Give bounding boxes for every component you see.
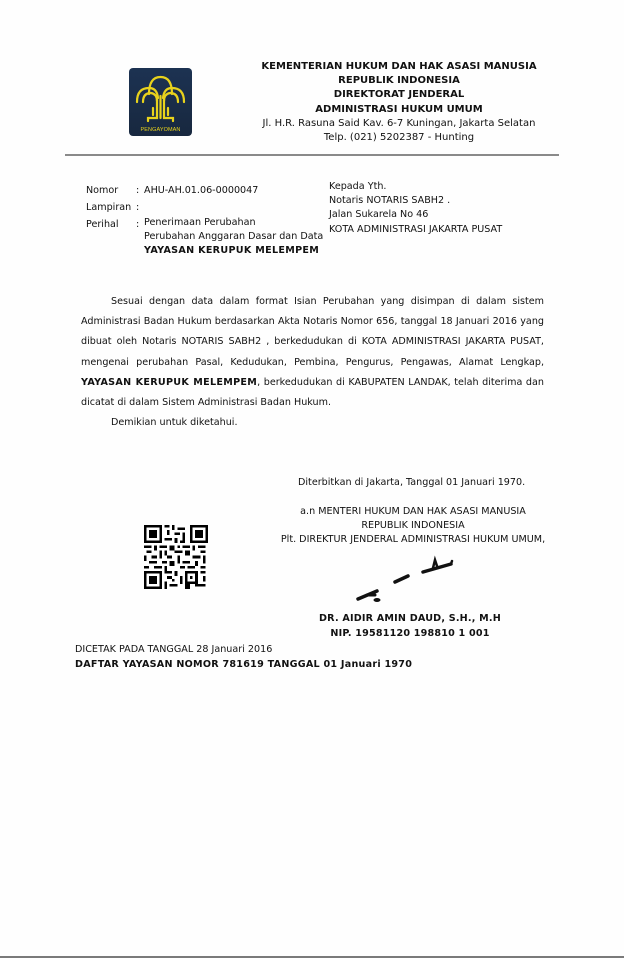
- print-info: DICETAK PADA TANGGAL 28 Januari 2016 DAF…: [75, 642, 412, 672]
- signer-name: DR. AIDIR AMIN DAUD, S.H., M.H: [300, 611, 520, 626]
- letter-body: Sesuai dengan data dalam format Isian Pe…: [81, 292, 544, 433]
- letter-meta: Nomor : AHU-AH.01.06-0000047 Lampiran : …: [86, 182, 323, 258]
- signer-title-line: REPUBLIK INDONESIA: [270, 519, 556, 533]
- lampiran-row: Lampiran :: [86, 199, 323, 216]
- qr-code-icon: [144, 525, 208, 589]
- perihal-row: Perihal : Penerimaan Perubahan Perubahan…: [86, 216, 323, 258]
- separator: :: [136, 182, 144, 199]
- signer-title-line: a.n MENTERI HUKUM DAN HAK ASASI MANUSIA: [270, 505, 556, 519]
- perihal-label: Perihal: [86, 216, 136, 258]
- addressee: Kepada Yth. Notaris NOTARIS SABH2 . Jala…: [329, 180, 502, 237]
- addressee-city: KOTA ADMINISTRASI JAKARTA PUSAT: [329, 223, 502, 237]
- body-text-part: Sesuai dengan data dalam format Isian Pe…: [81, 296, 544, 368]
- addressee-notary: Notaris NOTARIS SABH2 .: [329, 194, 502, 208]
- separator: :: [136, 216, 144, 258]
- closing-paragraph: Demikian untuk diketahui.: [81, 413, 544, 433]
- logo-caption: PENGAYOMAN: [129, 127, 192, 133]
- nomor-row: Nomor : AHU-AH.01.06-0000047: [86, 182, 323, 199]
- addressee-street: Jalan Sukarela No 46: [329, 208, 502, 222]
- issued-statement: Diterbitkan di Jakarta, Tanggal 01 Janua…: [298, 477, 525, 488]
- body-paragraph: Sesuai dengan data dalam format Isian Pe…: [81, 292, 544, 413]
- printed-date: DICETAK PADA TANGGAL 28 Januari 2016: [75, 642, 412, 657]
- separator: :: [136, 199, 144, 216]
- ministry-name: KEMENTERIAN HUKUM DAN HAK ASASI MANUSIA: [260, 60, 538, 74]
- foundation-name: YAYASAN KERUPUK MELEMPEM: [81, 377, 257, 388]
- signer-title: a.n MENTERI HUKUM DAN HAK ASASI MANUSIA …: [270, 505, 556, 547]
- registry-number: DAFTAR YAYASAN NOMOR 781619 TANGGAL 01 J…: [75, 657, 412, 672]
- country-name: REPUBLIK INDONESIA: [260, 74, 538, 88]
- perihal-value: Penerimaan Perubahan Perubahan Anggaran …: [144, 216, 323, 258]
- perihal-line: Penerimaan Perubahan: [144, 216, 323, 230]
- letterhead: KEMENTERIAN HUKUM DAN HAK ASASI MANUSIA …: [260, 60, 538, 145]
- pengayoman-tree-icon: [129, 68, 192, 136]
- ministry-logo: PENGAYOMAN: [129, 68, 192, 136]
- signer-nip: NIP. 19581120 198810 1 001: [300, 626, 520, 641]
- perihal-foundation-name: YAYASAN KERUPUK MELEMPEM: [144, 244, 323, 258]
- nomor-label: Nomor: [86, 182, 136, 199]
- division-name: ADMINISTRASI HUKUM UMUM: [260, 103, 538, 117]
- perihal-line: Perubahan Anggaran Dasar dan Data: [144, 230, 323, 244]
- nomor-value: AHU-AH.01.06-0000047: [144, 182, 258, 199]
- lampiran-label: Lampiran: [86, 199, 136, 216]
- addressee-greeting: Kepada Yth.: [329, 180, 502, 194]
- office-phone: Telp. (021) 5202387 - Hunting: [260, 131, 538, 145]
- letterhead-divider: [65, 154, 559, 156]
- directorate-name: DIREKTORAT JENDERAL: [260, 88, 538, 102]
- signer-title-line: Plt. DIREKTUR JENDERAL ADMINISTRASI HUKU…: [270, 533, 556, 547]
- office-address: Jl. H.R. Rasuna Said Kav. 6-7 Kuningan, …: [260, 117, 538, 131]
- signature-icon: [355, 555, 465, 605]
- signer: DR. AIDIR AMIN DAUD, S.H., M.H NIP. 1958…: [300, 611, 520, 641]
